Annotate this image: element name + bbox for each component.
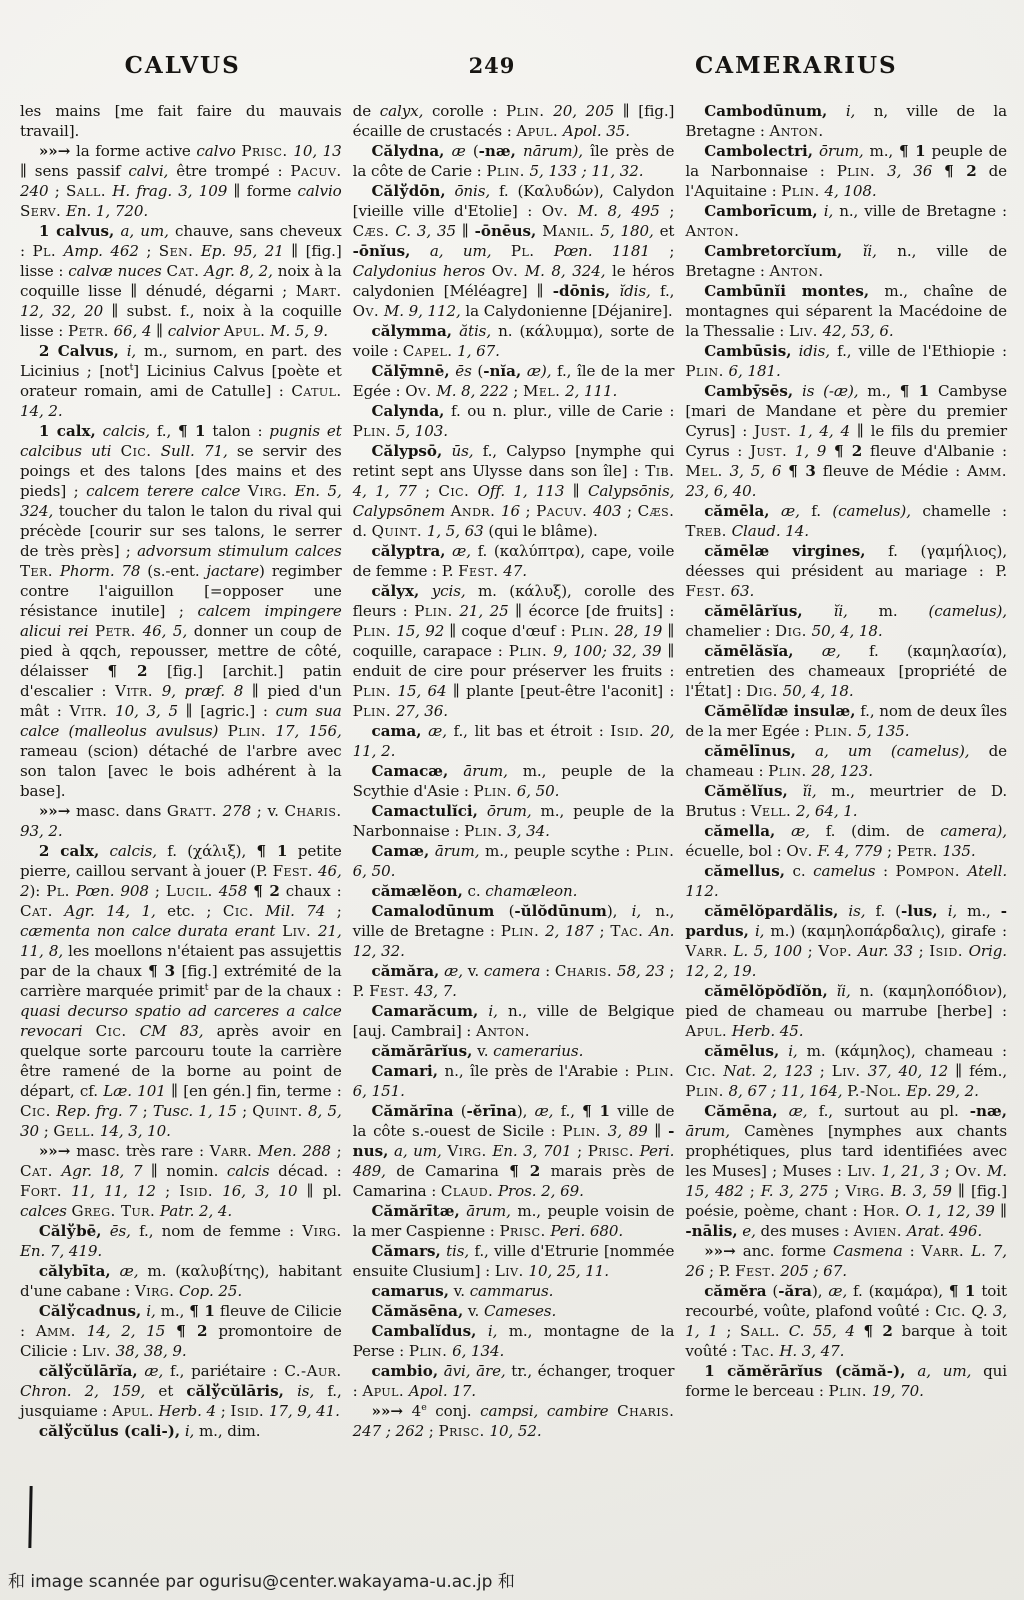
- dictionary-entry: cămēlŏpardălis, is, f. (-lus, i, m., -pa…: [685, 901, 1007, 981]
- dictionary-entry: Camalodūnum (-ŭlŏdūnum), i, n., ville de…: [353, 901, 675, 961]
- page-number: 249: [327, 53, 656, 78]
- dictionary-entry: cămella, æ, f. (dim. de camera), écuelle…: [685, 821, 1007, 861]
- dictionary-entry: cămēlus, i, m. (κάμηλος), chameau : Cic.…: [685, 1041, 1007, 1101]
- dictionary-entry: Camari, n., île près de l'Arabie : Plin.…: [353, 1061, 675, 1101]
- dictionary-entry: Camæ, ārum, m., peuple scythe : Plin. 6,…: [353, 841, 675, 881]
- dictionary-entry: »»→ masc. très rare : Varr. Men. 288 ; C…: [20, 1141, 342, 1221]
- dictionary-entry: Camborīcum, i, n., ville de Bretagne : A…: [685, 201, 1007, 241]
- dictionary-entry: călўcŭlārĭa, æ, f., pariétaire : C.-Aur.…: [20, 1361, 342, 1421]
- dictionary-entry: cămēla, æ, f. (camelus), chamelle : Treb…: [685, 501, 1007, 541]
- dictionary-entry: Calynda, f. ou n. plur., ville de Carie …: [353, 401, 675, 441]
- dictionary-entry: 2 Calvus, i, m., surnom, en part. des Li…: [20, 341, 342, 421]
- dictionary-entry: Camarăcum, i, n., ville de Belgique [auj…: [353, 1001, 675, 1041]
- dictionary-entry: cămēlārĭus, ĭi, m. (camelus), chamelier …: [685, 601, 1007, 641]
- dictionary-entry: cămărārĭus, v. camerarius.: [353, 1041, 675, 1061]
- dictionary-entry: Camacæ, ārum, m., peuple de la Scythie d…: [353, 761, 675, 801]
- dictionary-entry: Călўcadnus, i, m., ¶ 1 fleuve de Cilicie…: [20, 1301, 342, 1361]
- dictionary-entry: Călydna, æ (-næ, nārum), île près de la …: [353, 141, 675, 181]
- header-guide-word-right: CAMERARIUS: [632, 52, 961, 79]
- dictionary-entry: 1 cămĕrārĭus (cămă-), a, um, qui forme l…: [685, 1361, 1007, 1401]
- dictionary-entry: les mains [me fait faire du mauvais trav…: [20, 101, 342, 141]
- dictionary-entry: Călўbē, ēs, f., nom de femme : Virg. En.…: [20, 1221, 342, 1261]
- dictionary-entry: 1 calvus, a, um, chauve, sans cheveux : …: [20, 221, 342, 341]
- dictionary-entry: cămēlăsĭa, æ, f. (καμηλασία), entretien …: [685, 641, 1007, 701]
- dictionary-entry: Călўdōn, ōnis, f. (Καλυδών), Calydon [vi…: [353, 181, 675, 321]
- dictionary-entry: Cambūsis, idis, f., ville de l'Ethiopie …: [685, 341, 1007, 381]
- dictionary-entry: Cambūnĭi montes, m., chaîne de montagnes…: [685, 281, 1007, 341]
- dictionary-entry: Cămēna, æ, f., surtout au pl. -næ, ārum,…: [685, 1101, 1007, 1241]
- running-header: CALVUS 249 CAMERARIUS: [0, 0, 1024, 79]
- text-column-1: les mains [me fait faire du mauvais trav…: [20, 101, 342, 1556]
- dictionary-entry: camarus, v. cammarus.: [353, 1281, 675, 1301]
- dictionary-entry: călyptra, æ, f. (καλύπτρα), cape, voile …: [353, 541, 675, 581]
- dictionary-entry: cămēlīnus, a, um (camelus), de chameau :…: [685, 741, 1007, 781]
- dictionary-entry: de calyx, corolle : Plin. 20, 205 ∥ [fig…: [353, 101, 675, 141]
- dictionary-entry: Călȳmnē, ēs (-nĭa, æ), f., île de la mer…: [353, 361, 675, 401]
- dictionary-entry: cămēlŏpŏdĭŏn, ĭi, n. (καμηλοπόδιον), pie…: [685, 981, 1007, 1041]
- dictionary-entry: Călypsō, ūs, f., Calypso [nymphe qui ret…: [353, 441, 675, 541]
- footer-scan-note: 和 image scannée par ogurisu@center.wakay…: [8, 1567, 515, 1592]
- dictionary-entry: »»→ 4e conj. campsi, cambire Charis. 247…: [353, 1401, 675, 1441]
- dictionary-entry: Cambretorcĭum, ĭi, n., ville de Bretagne…: [685, 241, 1007, 281]
- dictionary-entry: călyx, ycis, m. (κάλυξ), corolle des fle…: [353, 581, 675, 721]
- text-column-2: de calyx, corolle : Plin. 20, 205 ∥ [fig…: [353, 101, 675, 1556]
- dictionary-entry: cămellus, c. camelus : Pompon. Atell. 11…: [685, 861, 1007, 901]
- dictionary-entry: 1 calx, calcis, f., ¶ 1 talon : pugnis e…: [20, 421, 342, 801]
- dictionary-entry: Cămĕlĭus, ĭi, m., meurtrier de D. Brutus…: [685, 781, 1007, 821]
- dictionary-entry: Cămărītæ, ārum, m., peuple voisin de la …: [353, 1201, 675, 1241]
- dictionary-entry: cămælĕon, c. chamæleon.: [353, 881, 675, 901]
- header-guide-word-left: CALVUS: [18, 52, 347, 79]
- dictionary-entry: Cambolectri, ōrum, m., ¶ 1 peuple de la …: [685, 141, 1007, 201]
- dictionary-entry: Cămărīna (-ĕrīna), æ, f., ¶ 1 ville de l…: [353, 1101, 675, 1201]
- dictionary-entry: Cambȳsēs, is (-æ), m., ¶ 1 Cambyse [mari…: [685, 381, 1007, 501]
- dictionary-entry: călўcŭlus (cali-), i, m., dim.: [20, 1421, 342, 1441]
- dictionary-entry: Cămēlĭdæ insulæ, f., nom de deux îles de…: [685, 701, 1007, 741]
- text-columns: les mains [me fait faire du mauvais trav…: [0, 79, 1024, 1556]
- dictionary-entry: »»→ la forme active calvo Prisc. 10, 13 …: [20, 141, 342, 221]
- dictionary-entry: 2 calx, calcis, f. (χάλιξ), ¶ 1 petite p…: [20, 841, 342, 1141]
- dictionary-entry: cămēlæ virgines, f. (γαμήλιος), déesses …: [685, 541, 1007, 601]
- dictionary-entry: »»→ masc. dans Gratt. 278 ; v. Charis. 9…: [20, 801, 342, 841]
- dictionary-entry: cama, æ, f., lit bas et étroit : Isid. 2…: [353, 721, 675, 761]
- dictionary-entry: Cambodūnum, i, n, ville de la Bretagne :…: [685, 101, 1007, 141]
- scanned-dictionary-page: CALVUS 249 CAMERARIUS les mains [me fait…: [0, 0, 1024, 1600]
- dictionary-entry: Cămars, tis, f., ville d'Etrurie [nommée…: [353, 1241, 675, 1281]
- dictionary-entry: cămĕra (-ăra), æ, f. (καμάρα), ¶ 1 toit …: [685, 1281, 1007, 1361]
- dictionary-entry: călybīta, æ, m. (καλυβίτης), habitant d'…: [20, 1261, 342, 1301]
- dictionary-entry: Cambalĭdus, i, m., montagne de la Perse …: [353, 1321, 675, 1361]
- dictionary-entry: Camactulĭci, ōrum, m., peuple de la Narb…: [353, 801, 675, 841]
- text-column-3: Cambodūnum, i, n, ville de la Bretagne :…: [685, 101, 1007, 1556]
- dictionary-entry: Cămăsēna, v. Cameses.: [353, 1301, 675, 1321]
- dictionary-entry: cambio, āvi, āre, tr., échanger, troquer…: [353, 1361, 675, 1401]
- dictionary-entry: »»→ anc. forme Casmena : Varr. L. 7, 26 …: [685, 1241, 1007, 1281]
- dictionary-entry: călymma, ătis, n. (κάλυμμα), sorte de vo…: [353, 321, 675, 361]
- dictionary-entry: cămăra, æ, v. camera : Charis. 58, 23 ; …: [353, 961, 675, 1001]
